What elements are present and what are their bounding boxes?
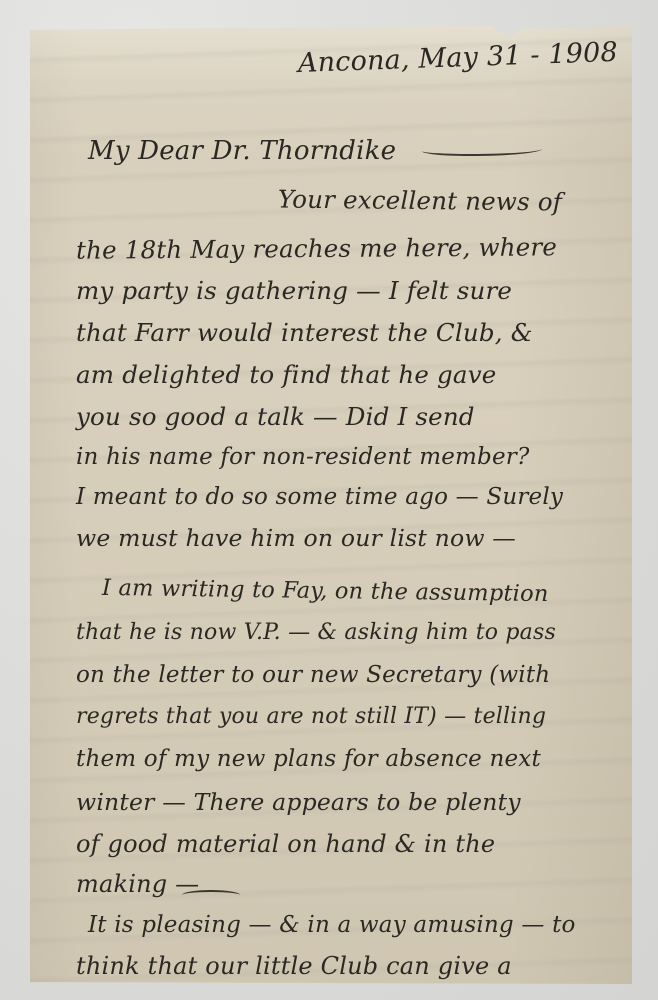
letter-line-9: we must have him on our list now — <box>76 524 516 552</box>
letter-line-17: making — <box>76 870 199 898</box>
letter-line-7: in his name for non-resident member? <box>76 444 530 470</box>
letter-line-19: think that our little Club can give a <box>76 952 512 980</box>
letter-line-8: I meant to do so some time ago — Surely <box>76 484 563 510</box>
letter-line-13: regrets that you are not still IT) — tel… <box>76 704 546 729</box>
letter-salutation: My Dear Dr. Thorndike <box>88 136 396 166</box>
letter-line-1: Your excellent news of <box>278 185 562 217</box>
letter-line-11: that he is now V.P. — & asking him to pa… <box>76 620 556 645</box>
letter-line-4: that Farr would interest the Club, & <box>76 318 533 347</box>
salutation-flourish <box>422 144 542 156</box>
letter-line-16: of good material on hand & in the <box>76 830 495 858</box>
letter-line-2: the 18th May reaches me here, where <box>76 232 557 264</box>
letter-line-10: I am writing to Fay, on the assumption <box>102 575 549 607</box>
letter-line-14: them of my new plans for absence next <box>76 746 541 772</box>
letter-line-3: my party is gathering — I felt sure <box>76 276 512 305</box>
letter-line-12: on the letter to our new Secretary (with <box>76 662 550 688</box>
letter-dateline: Ancona, May 31 - 1908 <box>297 37 618 79</box>
letter-line-5: am delighted to find that he gave <box>76 360 496 389</box>
letter-line-15: winter — There appears to be plenty <box>76 788 521 816</box>
letter-line-18: It is pleasing — & in a way amusing — to <box>88 912 576 938</box>
letter-line-6: you so good a talk — Did I send <box>76 402 475 431</box>
letter-sheet: Ancona, May 31 - 1908 My Dear Dr. Thornd… <box>30 26 632 984</box>
closing-flourish <box>182 890 240 900</box>
